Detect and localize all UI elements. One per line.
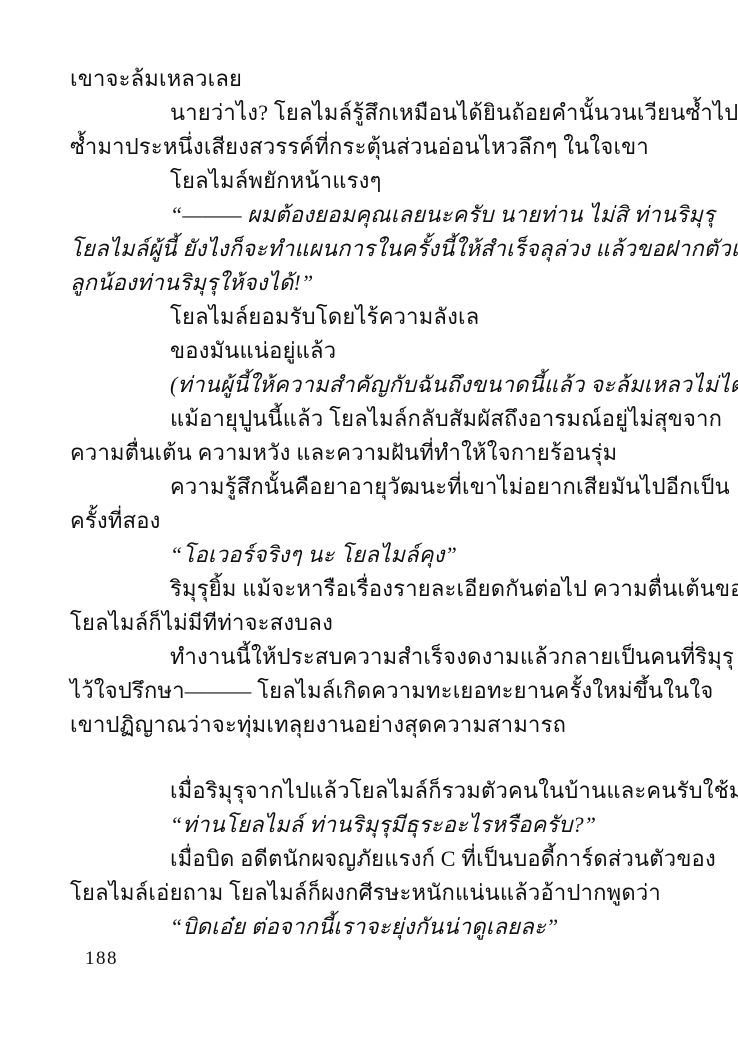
text-line: เมื่อริมุรุจากไปแล้วโยลไมล์ก็รวมตัวคนในบ… (70, 774, 700, 808)
text-line: ครั้งที่สอง (70, 504, 700, 538)
text-line: (ท่านผู้นี้ให้ความสำคัญกับฉันถึงขนาดนี้แ… (70, 368, 700, 402)
text-line: ไว้ใจปรึกษา——— โยลไมล์เกิดความทะเยอทะยาน… (70, 674, 700, 708)
text-line: “——— ผมต้องยอมคุณเลยนะครับ นายท่าน ไม่สิ… (70, 198, 700, 232)
text-line: นายว่าไง? โยลไมล์รู้สึกเหมือนได้ยินถ้อยค… (70, 96, 700, 130)
text-line: โยลไมล์เอ่ยถาม โยลไมล์ก็ผงกศีรษะหนักแน่น… (70, 876, 700, 910)
text-line: แม้อายุปูนนี้แล้ว โยลไมล์กลับสัมผัสถึงอา… (70, 402, 700, 436)
text-line: โยลไมล์ผู้นี้ ยังไงก็จะทำแผนการในครั้งนี… (70, 232, 700, 266)
text-line: ของมันแน่อยู่แล้ว (70, 334, 700, 368)
text-line: “โอเวอร์จริงๆ นะ โยลไมล์คุง” (70, 538, 700, 572)
text-line: เขาจะล้มเหลวเลย (70, 62, 700, 96)
book-page: เขาจะล้มเหลวเลยนายว่าไง? โยลไมล์รู้สึกเห… (0, 0, 738, 1051)
text-line: โยลไมล์พยักหน้าแรงๆ (70, 164, 700, 198)
text-line: “บิดเอ๋ย ต่อจากนี้เราจะยุ่งกันน่าดูเลยละ… (70, 910, 700, 944)
text-line: ความรู้สึกนั้นคือยาอายุวัฒนะที่เขาไม่อยา… (70, 470, 700, 504)
text-line: ลูกน้องท่านริมุรุให้จงได้!” (70, 266, 700, 300)
text-line: เขาปฏิญาณว่าจะทุ่มเทลุยงานอย่างสุดความสา… (70, 708, 700, 742)
text-line: ทำงานนี้ให้ประสบความสำเร็จงดงามแล้วกลายเ… (70, 640, 700, 674)
page-number: 188 (85, 948, 118, 970)
paragraph-break (70, 742, 700, 774)
text-line: ซ้ำมาประหนึ่งเสียงสวรรค์ที่กระตุ้นส่วนอ่… (70, 130, 700, 164)
text-line: โยลไมล์ยอมรับโดยไร้ความลังเล (70, 300, 700, 334)
text-line: เมื่อบิด อดีตนักผจญภัยแรงก์ C ที่เป็นบอด… (70, 842, 700, 876)
text-line: โยลไมล์ก็ไม่มีทีท่าจะสงบลง (70, 606, 700, 640)
text-line: “ท่านโยลไมล์ ท่านริมุรุมีธุระอะไรหรือครั… (70, 808, 700, 842)
text-line: ริมุรุยิ้ม แม้จะหารือเรื่องรายละเอียดกัน… (70, 572, 700, 606)
text-line: ความตื่นเต้น ความหวัง และความฝันที่ทำให้… (70, 436, 700, 470)
page-text: เขาจะล้มเหลวเลยนายว่าไง? โยลไมล์รู้สึกเห… (70, 62, 700, 944)
